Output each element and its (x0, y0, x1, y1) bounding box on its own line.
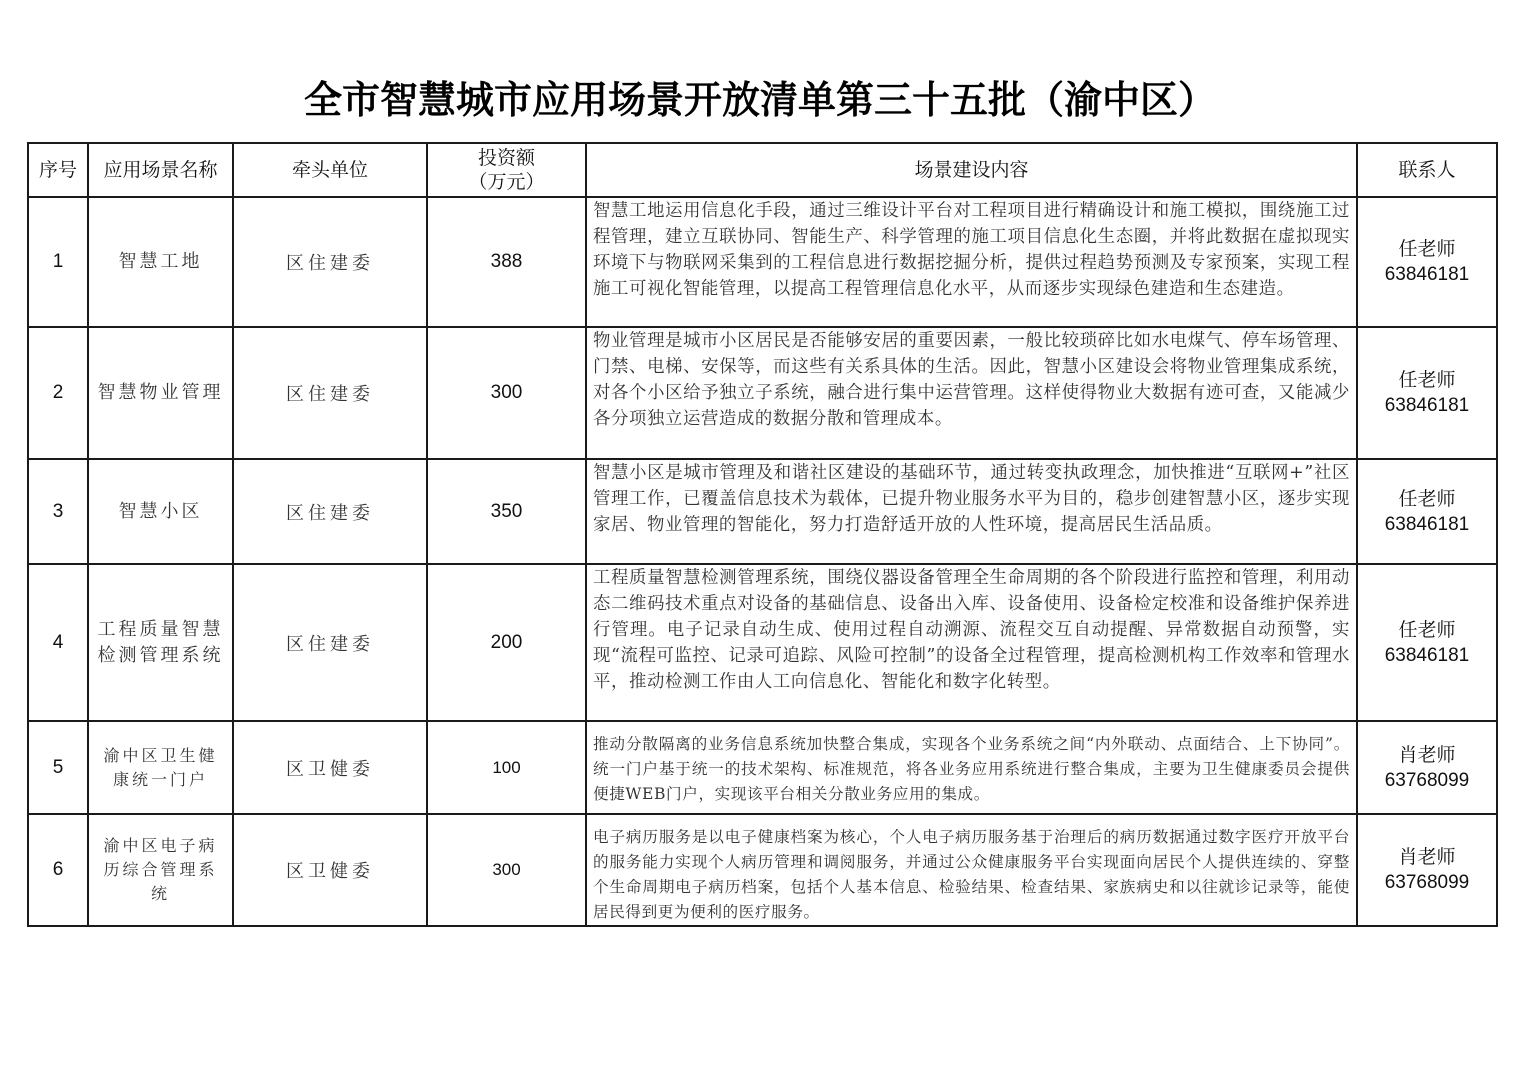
investment-amount: 300 (427, 814, 586, 926)
contact-phone: 63846181 (1358, 262, 1496, 287)
row-index: 4 (28, 564, 88, 721)
contact-name: 肖老师 (1358, 743, 1496, 768)
contact: 任老师 63846181 (1357, 564, 1497, 721)
table-row: 6 渝中区电子病历综合管理系统 区卫健委 300 电子病历服务是以电子健康档案为… (28, 814, 1497, 926)
contact-phone: 63768099 (1358, 768, 1496, 793)
table-row: 2 智慧物业管理 区住建委 300 物业管理是城市小区居民是否能够安居的重要因素… (28, 327, 1497, 459)
investment-amount: 388 (427, 197, 586, 327)
scene-content: 工程质量智慧检测管理系统，围绕仪器设备管理全生命周期的各个阶段进行监控和管理，利… (586, 564, 1357, 721)
scene-list-table: 序号 应用场景名称 牵头单位 投资额 （万元） 场景建设内容 联系人 1 智慧工… (27, 142, 1498, 927)
header-content: 场景建设内容 (586, 143, 1357, 197)
scene-name: 智慧工地 (88, 197, 233, 327)
table-row: 3 智慧小区 区住建委 350 智慧小区是城市管理及和谐社区建设的基础环节，通过… (28, 459, 1497, 564)
contact-phone: 63846181 (1358, 393, 1496, 418)
contact: 任老师 63846181 (1357, 459, 1497, 564)
lead-unit: 区住建委 (233, 327, 427, 459)
row-index: 2 (28, 327, 88, 459)
page-title: 全市智慧城市应用场景开放清单第三十五批（渝中区） (0, 74, 1520, 126)
header-index: 序号 (28, 143, 88, 197)
lead-unit: 区卫健委 (233, 721, 427, 814)
scene-name: 智慧小区 (88, 459, 233, 564)
table-header-row: 序号 应用场景名称 牵头单位 投资额 （万元） 场景建设内容 联系人 (28, 143, 1497, 197)
contact-phone: 63846181 (1358, 512, 1496, 537)
contact-phone: 63768099 (1358, 870, 1496, 895)
row-index: 5 (28, 721, 88, 814)
investment-amount: 200 (427, 564, 586, 721)
lead-unit: 区卫健委 (233, 814, 427, 926)
table-row: 1 智慧工地 区住建委 388 智慧工地运用信息化手段，通过三维设计平台对工程项… (28, 197, 1497, 327)
contact: 任老师 63846181 (1357, 197, 1497, 327)
scene-content: 推动分散隔离的业务信息系统加快整合集成，实现各个业务系统之间“内外联动、点面结合… (586, 721, 1357, 814)
scene-content: 智慧小区是城市管理及和谐社区建设的基础环节，通过转变执政理念，加快推进“互联网+… (586, 459, 1357, 564)
header-scene-name: 应用场景名称 (88, 143, 233, 197)
scene-content: 物业管理是城市小区居民是否能够安居的重要因素，一般比较琐碎比如水电煤气、停车场管… (586, 327, 1357, 459)
investment-amount: 300 (427, 327, 586, 459)
header-investment-unit: （万元） (428, 170, 585, 194)
contact: 肖老师 63768099 (1357, 814, 1497, 926)
scene-name: 智慧物业管理 (88, 327, 233, 459)
row-index: 3 (28, 459, 88, 564)
contact-phone: 63846181 (1358, 643, 1496, 668)
contact-name: 任老师 (1358, 487, 1496, 512)
investment-amount: 100 (427, 721, 586, 814)
scene-name: 渝中区卫生健康统一门户 (88, 721, 233, 814)
table-row: 5 渝中区卫生健康统一门户 区卫健委 100 推动分散隔离的业务信息系统加快整合… (28, 721, 1497, 814)
scene-content: 电子病历服务是以电子健康档案为核心，个人电子病历服务基于治理后的病历数据通过数字… (586, 814, 1357, 926)
lead-unit: 区住建委 (233, 459, 427, 564)
contact-name: 任老师 (1358, 237, 1496, 262)
scene-content: 智慧工地运用信息化手段，通过三维设计平台对工程项目进行精确设计和施工模拟，围绕施… (586, 197, 1357, 327)
table-row: 4 工程质量智慧检测管理系统 区住建委 200 工程质量智慧检测管理系统，围绕仪… (28, 564, 1497, 721)
header-lead-unit: 牵头单位 (233, 143, 427, 197)
investment-amount: 350 (427, 459, 586, 564)
row-index: 1 (28, 197, 88, 327)
lead-unit: 区住建委 (233, 197, 427, 327)
header-investment-label: 投资额 (428, 146, 585, 170)
contact-name: 任老师 (1358, 618, 1496, 643)
row-index: 6 (28, 814, 88, 926)
contact: 任老师 63846181 (1357, 327, 1497, 459)
contact: 肖老师 63768099 (1357, 721, 1497, 814)
scene-name: 工程质量智慧检测管理系统 (88, 564, 233, 721)
contact-name: 肖老师 (1358, 845, 1496, 870)
scene-name: 渝中区电子病历综合管理系统 (88, 814, 233, 926)
contact-name: 任老师 (1358, 368, 1496, 393)
header-contact: 联系人 (1357, 143, 1497, 197)
lead-unit: 区住建委 (233, 564, 427, 721)
header-investment: 投资额 （万元） (427, 143, 586, 197)
